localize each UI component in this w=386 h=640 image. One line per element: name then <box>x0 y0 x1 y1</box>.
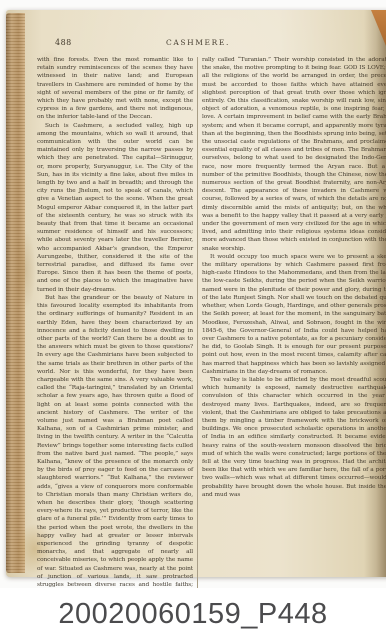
book-fore-edge <box>6 13 25 573</box>
running-title: CASHMERE. <box>166 38 230 47</box>
page-header: 488 CASHMERE. <box>28 38 368 51</box>
paragraph: with fine forests. Even the most romanti… <box>37 56 193 122</box>
page-number: 488 <box>55 38 72 47</box>
scan-id-label: 20020060159_P448 <box>58 598 327 631</box>
scan-label-strip: 20020060159_P448 <box>0 588 386 640</box>
column-divider-rule <box>197 57 198 638</box>
paragraph: rally called “Turanian.” Their worship c… <box>202 56 386 253</box>
text-columns: with fine forests. Even the most romanti… <box>28 56 386 638</box>
paragraph: The valley is liable to be afflicted by … <box>202 376 386 499</box>
page-content: 488 CASHMERE. with fine forests. Even th… <box>28 10 386 577</box>
paragraph: Such is Cashmere, a secluded valley, hig… <box>37 122 193 294</box>
right-column: rally called “Turanian.” Their worship c… <box>202 56 386 638</box>
paragraph: It would occupy too much space were we t… <box>202 253 386 376</box>
book-page-scan: 488 CASHMERE. with fine forests. Even th… <box>6 10 386 577</box>
left-column: with fine forests. Even the most romanti… <box>37 56 193 638</box>
paragraph: But has the grandeur or the beauty of Na… <box>37 294 193 639</box>
